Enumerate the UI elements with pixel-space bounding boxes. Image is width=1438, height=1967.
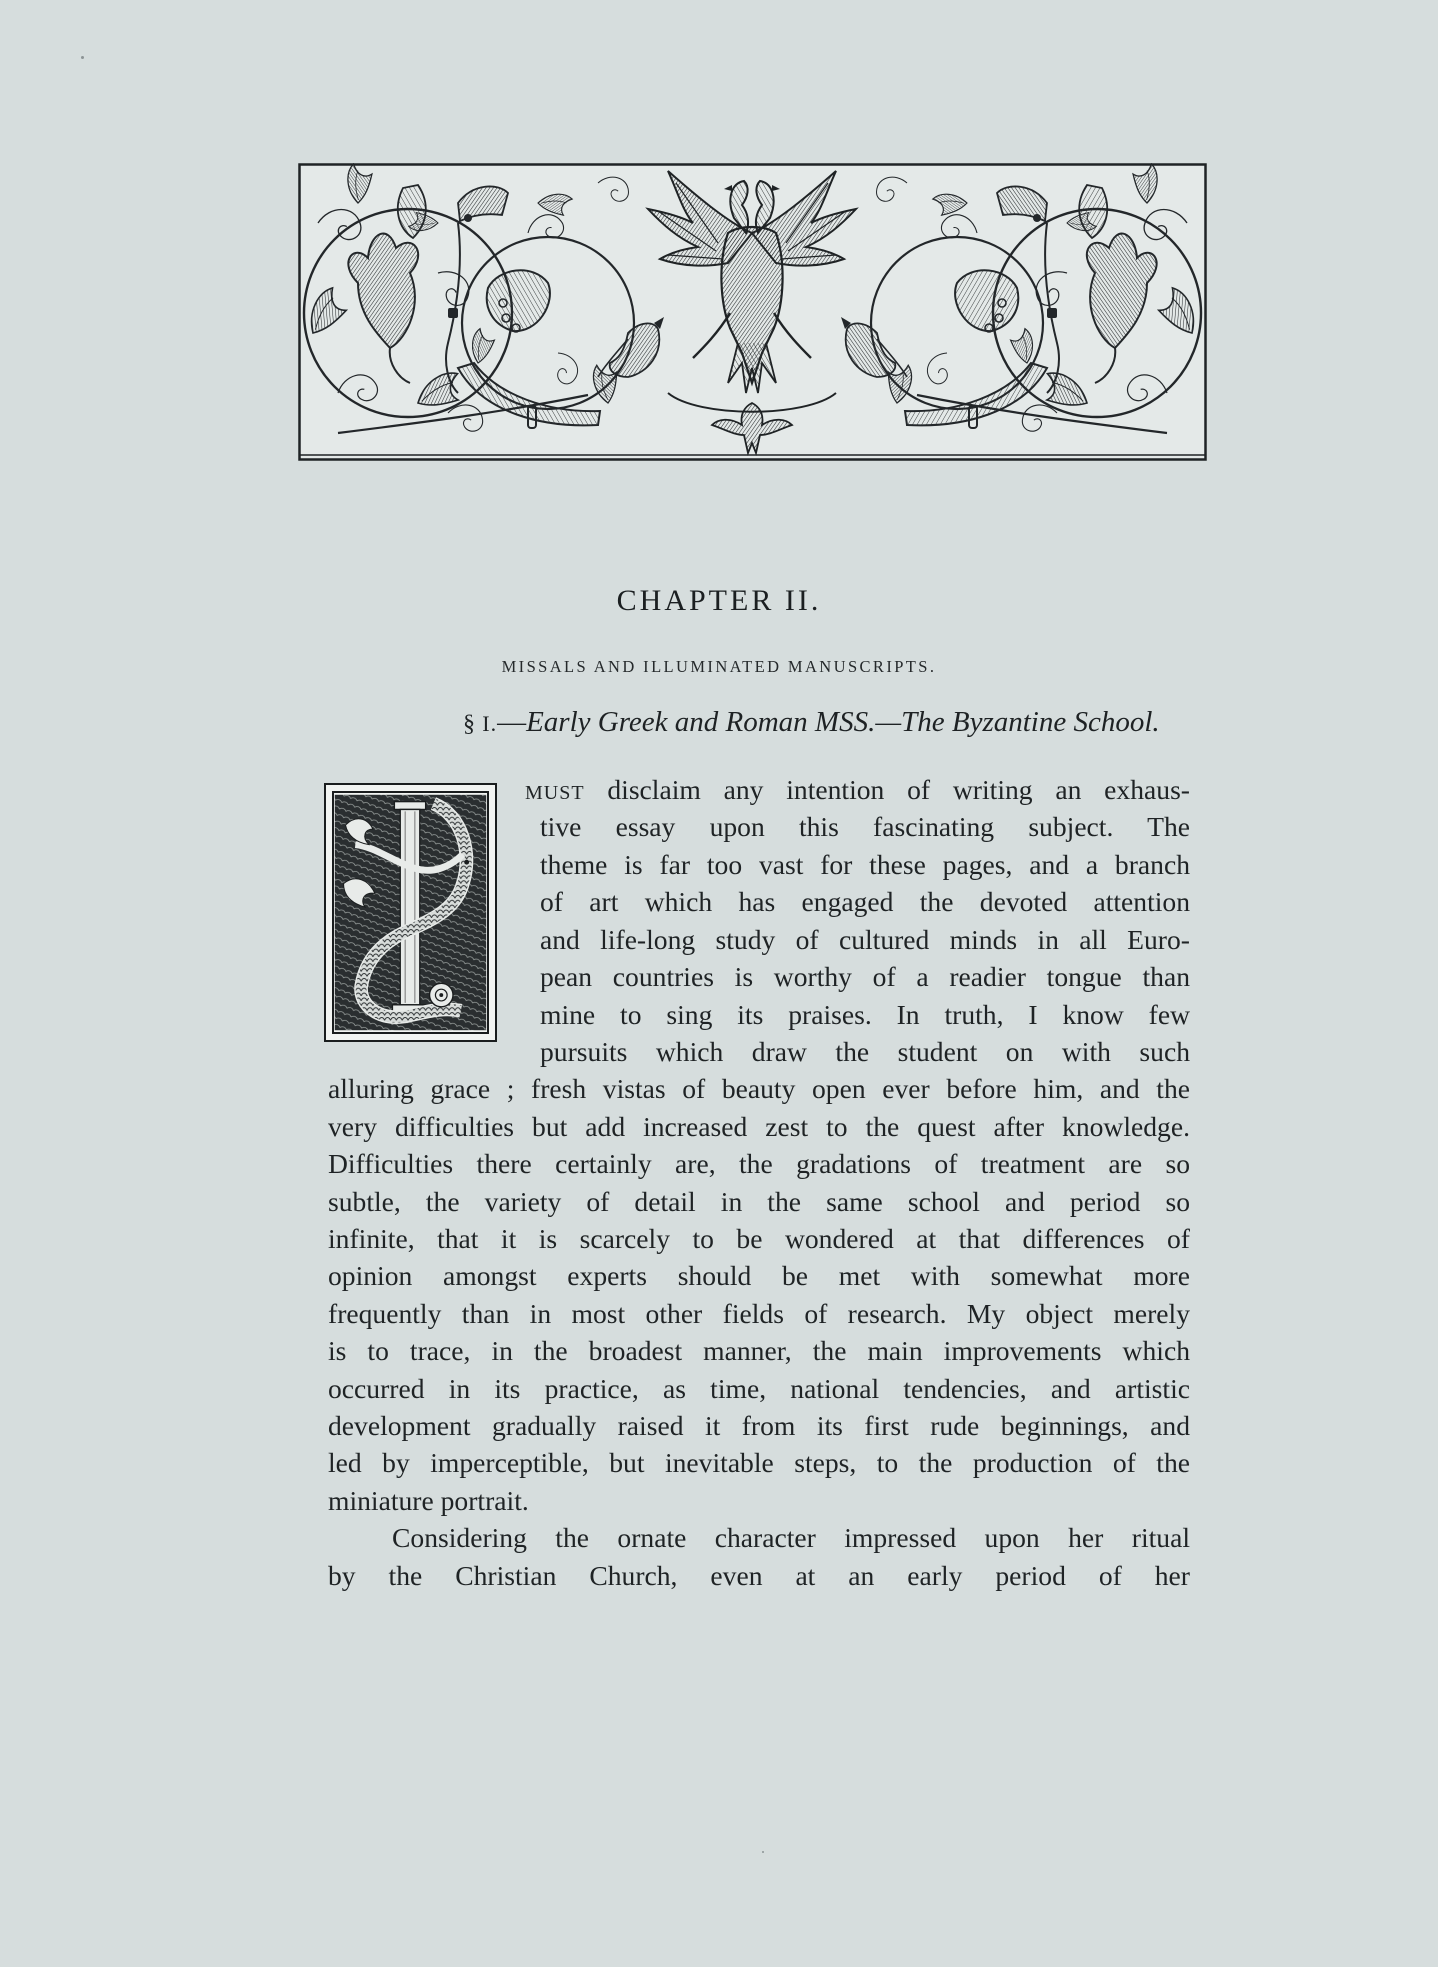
body-line: opinion amongst experts should be met wi… [328,1257,1190,1294]
drop-cap-frame [332,791,489,1034]
header-ornament [298,163,1207,461]
body-line: Considering the ornate character impress… [392,1519,1190,1556]
body-line: subtle, the variety of detail in the sam… [328,1183,1190,1220]
body-line: very difficulties but add increased zest… [328,1108,1190,1145]
lead-smallcaps: must [525,782,585,804]
body-line: miniature portrait. [328,1482,1190,1519]
body-line: theme is far too vast for these pages, a… [540,846,1190,883]
section-dash: — [497,706,526,738]
body-line: tive essay upon this fascinating subject… [540,808,1190,845]
body-line: of art which has engaged the devoted att… [540,883,1190,920]
arabesque-eagle-ornament-icon [298,163,1207,461]
body-line: and life-long study of cultured minds in… [540,921,1190,958]
section-mark: § [463,711,475,737]
body-line: development gradually raised it from its… [328,1407,1190,1444]
chapter-title: CHAPTER II. [0,584,1438,618]
body-line: is to trace, in the broadest manner, the… [328,1332,1190,1369]
body-line: Difficulties there certainly are, the gr… [328,1145,1190,1182]
body-line: alluring grace ; fresh vistas of beauty … [328,1070,1190,1107]
body-line: pean countries is worthy of a readier to… [540,958,1190,995]
body-line: frequently than in most other fields of … [328,1295,1190,1332]
body-line: pursuits which draw the student on with … [540,1033,1190,1070]
drop-cap-initial [324,783,497,1042]
body-line: mine to sing its praises. In truth, I kn… [540,996,1190,1033]
chapter-subtitle: MISSALS AND ILLUMINATED MANUSCRIPTS. [0,657,1438,677]
paper-speck [81,56,84,59]
body-line: led by imperceptible, but inevitable ste… [328,1444,1190,1481]
body-line: occurred in its practice, as time, natio… [328,1370,1190,1407]
paper-speck [762,1851,764,1853]
body-line: infinite, that it is scarcely to be wond… [328,1220,1190,1257]
section-title: Early Greek and Roman MSS.—The Byzantine… [526,706,1160,738]
body-line: by the Christian Church, even at an earl… [328,1557,1190,1594]
section-number: I. [482,711,497,736]
section-heading: § I.—Early Greek and Roman MSS.—The Byza… [463,706,1153,739]
body-line: must disclaim any intention of writing a… [525,771,1190,808]
